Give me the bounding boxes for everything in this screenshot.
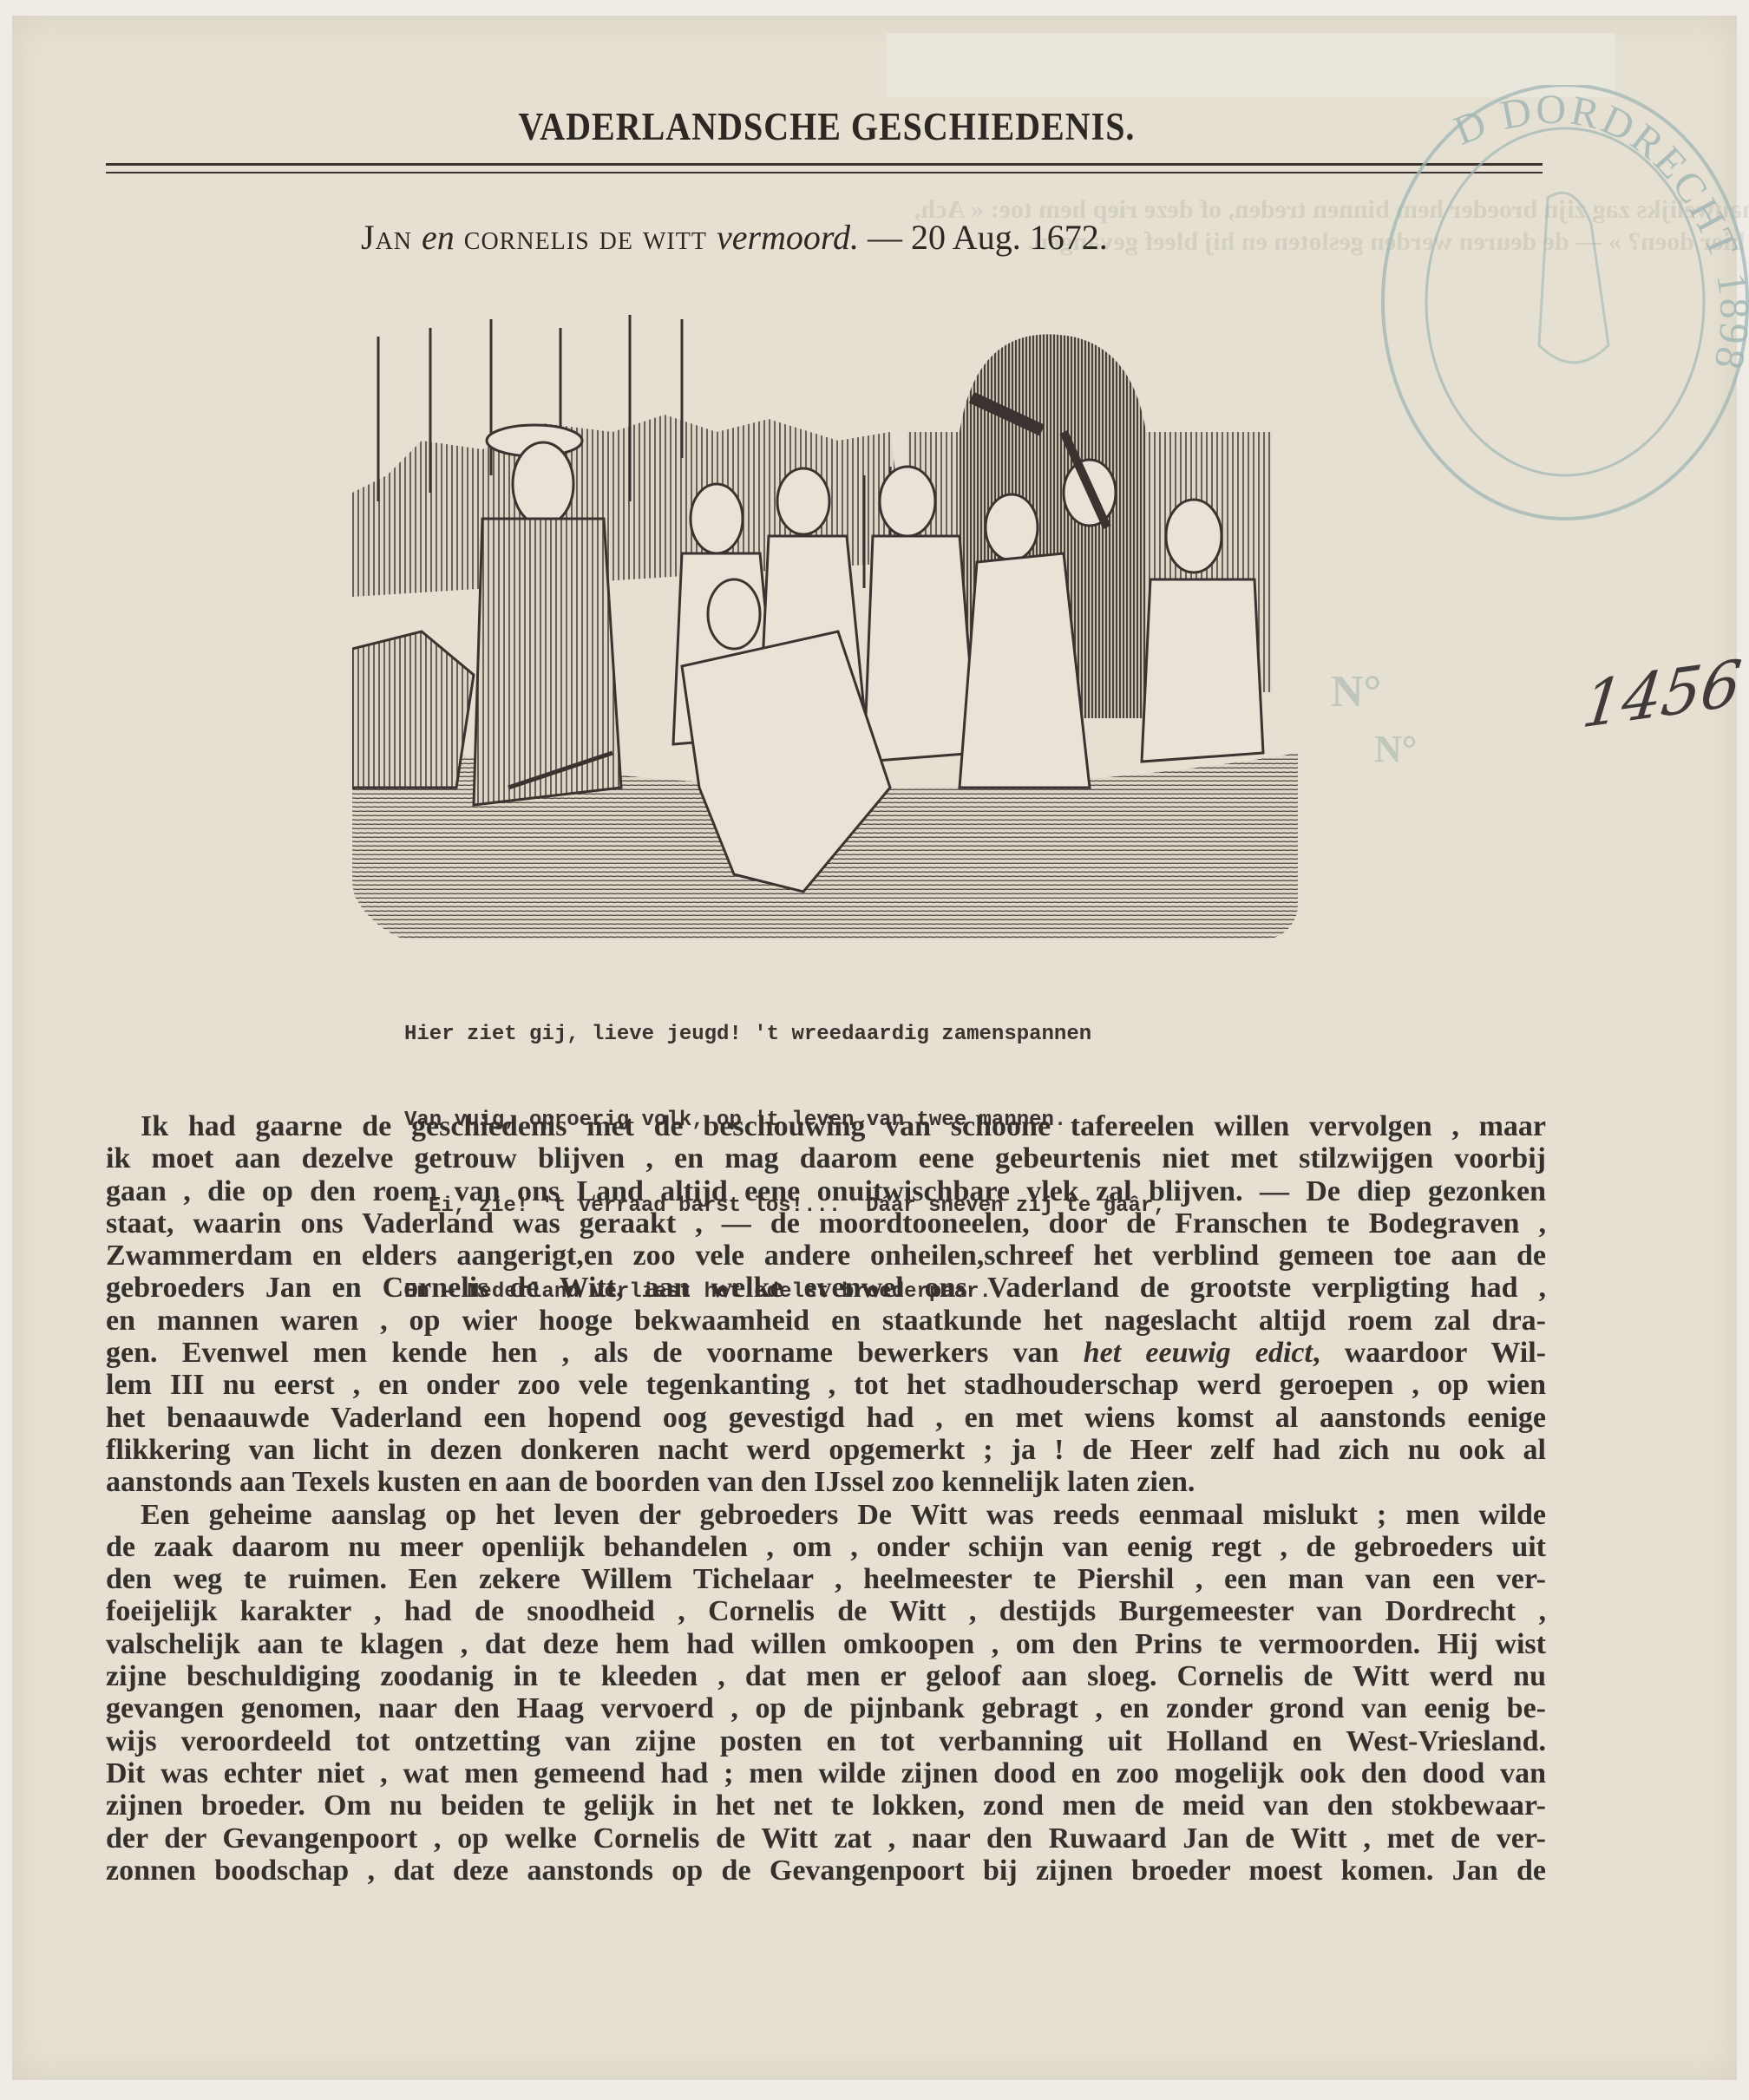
article-subtitle: Jan en cornelis de witt vermoord. — 20 A…	[361, 217, 1108, 258]
subtitle-date: — 20 Aug. 1672.	[859, 218, 1108, 257]
engraving-image	[352, 302, 1298, 939]
body-line: Dit was echter niet , wat men gemeend ha…	[106, 1757, 1546, 1789]
body-line: zijne beschuldiging zoodanig in te kleed…	[106, 1660, 1546, 1692]
italic-term-eeuwig-edict: het eeuwig edict	[1084, 1337, 1313, 1369]
body-line: en mannen waren , op wier hooge bekwaamh…	[106, 1305, 1546, 1337]
body-line: den weg te ruimen. Een zekere Willem Tic…	[106, 1563, 1546, 1595]
verso-number-mark: N°	[1374, 727, 1417, 771]
body-text: gen. Evenwel men kende hen , als de voor…	[106, 1337, 1084, 1369]
body-line: gebroeders Jan en Cornelis de Witt, aan …	[106, 1272, 1546, 1304]
body-line: de zaak daarom nu meer openlijk behandel…	[106, 1531, 1546, 1563]
archive-stamp: D DORDRECHT 1898	[1348, 85, 1749, 527]
subtitle-name-cornelis: cornelis de witt	[455, 218, 717, 257]
body-text: , waardoor Wil-	[1313, 1337, 1546, 1369]
engraving-illustration	[352, 302, 1298, 939]
document-page: Witt kwam terstond, doch nauwelijks zag …	[12, 16, 1737, 2080]
body-line-with-italic: gen. Evenwel men kende hen , als de voor…	[106, 1337, 1546, 1369]
body-line: foeijelijk karakter , had de snoodheid ,…	[106, 1595, 1546, 1627]
body-line: zijnen broeder. Om nu beiden te gelijk i…	[106, 1789, 1546, 1822]
body-line: wijs veroordeeld tot ontzetting van zijn…	[106, 1725, 1546, 1757]
stamp-text: D DORDRECHT 1898	[1448, 87, 1749, 376]
body-line: der der Gevangenpoort , op welke Corneli…	[106, 1822, 1546, 1855]
body-line: zonnen boodschap , dat deze aanstonds op…	[106, 1855, 1546, 1887]
body-line: valschelijk aan te klagen , dat deze hem…	[106, 1628, 1546, 1660]
coat-of-arms-icon	[1539, 193, 1608, 363]
body-line: Ik had gaarne de geschiedenis met de bes…	[106, 1110, 1546, 1142]
article-body: Ik had gaarne de geschiedenis met de bes…	[106, 1110, 1546, 1887]
body-line: Een geheime aanslag op het leven der geb…	[106, 1499, 1546, 1531]
body-line: het benaauwde Vaderland een hopend oog g…	[106, 1402, 1546, 1434]
svg-text:D DORDRECHT 1898: D DORDRECHT 1898	[1448, 87, 1749, 376]
body-line: aanstonds aan Texels kusten en aan de bo…	[106, 1466, 1546, 1498]
verso-number-mark: N°	[1331, 666, 1381, 717]
body-line: flikkering van licht in dezen donkeren n…	[106, 1434, 1546, 1466]
body-line: lem III nu eerst , en onder zoo vele teg…	[106, 1369, 1546, 1401]
body-line: gaan , die op den roem van ons Land alti…	[106, 1175, 1546, 1207]
body-line: staat, waarin ons Vaderland was geraakt …	[106, 1207, 1546, 1240]
handwritten-inventory-number: 1456	[1579, 645, 1746, 743]
subtitle-name-jan: Jan	[361, 218, 422, 257]
body-line: Zwammerdam en elders aangerigt,en zoo ve…	[106, 1240, 1546, 1272]
body-line: ik moet aan dezelve getrouw blijven , en…	[106, 1142, 1546, 1174]
body-line: gevangen genomen, naar den Haag vervoerd…	[106, 1692, 1546, 1724]
header-rule-bottom	[106, 172, 1543, 173]
subtitle-vermoord: vermoord.	[717, 218, 859, 257]
subtitle-en: en	[422, 218, 455, 257]
poem-line: Hier ziet gij, lieve jeugd! 't wreedaard…	[404, 1020, 1166, 1049]
header-rule-top	[106, 163, 1543, 166]
